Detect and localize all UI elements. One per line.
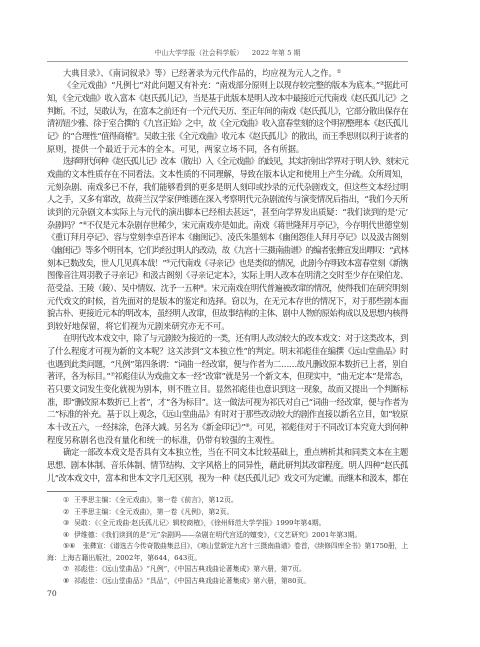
- body-line: 杂剧吗？”④不仅是元本杂剧存世稀少，宋元南戏亦是如此。南戏《蒋世隆拜月亭记》，今…: [47, 219, 408, 232]
- article-body: 大典目录》、《南词叙录》等）已经著录为元代作品的，均应视为元人之作。① 《全元戏…: [47, 67, 408, 485]
- journal-page: 中山大学学报（社会科学版）2022 年第 5 期 大典目录》、《南词叙录》等）已…: [0, 0, 480, 647]
- footnote-number: ⑦: [63, 564, 69, 576]
- footnote-text: 伊维德：《我们读到的是“元”杂剧吗——杂剧在明代宫廷的嬗变》，《文艺研究》200…: [74, 530, 408, 542]
- footnote-number: ③: [63, 518, 69, 530]
- paragraph: 选择明代何种《赵氏孤儿记》改本（散出）入《全元戏曲》的歧见，其实折射出学界对于明…: [47, 155, 408, 332]
- paragraph: 确定一部改本戏文是否具有文本独立性，当在不同文本比较基础上，重点辨析其和同类文本…: [47, 446, 408, 484]
- journal-title: 中山大学学报（社会科学版）: [155, 49, 243, 57]
- paragraph: 在明代改本戏文中，除了与元剧较为接近的一类，还有明人改动较大的改本戏文：对于这类…: [47, 332, 408, 446]
- body-line: 记》的“合理性”值得商榷③。吴敢主张《全元戏曲》收元本《赵氏孤儿》的散出，而王季…: [47, 130, 408, 143]
- body-line: 大典目录》、《南词叙录》等）已经著录为元代作品的，均应视为元人之作。①: [63, 67, 408, 80]
- footnote-text: 吴敢：《〈全元戏曲·赵氏孤儿记〉辑校商榷》，《徐州师范大学学报》1999年第4期…: [74, 518, 408, 530]
- footnote-number: ②: [63, 507, 69, 519]
- body-line: 程度另称剧名也没有量化和统一的标准，仍带有较强的主观性。: [47, 434, 408, 447]
- body-line: 原则，提供一个最近于元本的全本。可见，两家立场不同，各有所据。: [47, 143, 408, 156]
- footnote-ref: ⑤: [166, 259, 170, 264]
- header-rule: [47, 61, 408, 62]
- body-line: 读到的元杂剧文本实际上与元代的演出脚本已经相去甚远”，甚至向学界发出质疑：“我们…: [47, 206, 408, 219]
- paragraph: 《全元戏曲》“凡例七”对此问题又有补充：“南戏部分原则上以现存较完整的版本为底本…: [47, 79, 408, 155]
- body-line: 若只要文词发生变化就视为别本，则不胜立目。显然祁彪佳也意识到这一现象，故而又提出…: [47, 383, 408, 396]
- footnote-ref: ④: [83, 221, 87, 226]
- footnote-item: ④ 伊维德：《我们读到的是“元”杂剧吗——杂剧在明代宫廷的嬗变》，《文艺研究》2…: [47, 530, 408, 542]
- body-line: 确定一部改本戏文是否具有文本独立性，当在不同文本比较基础上，重点辨析其和同类文本…: [63, 446, 408, 459]
- footnote-separator: [47, 491, 137, 492]
- body-line: 貌古朴、更接近元本的明改本，虽经明人改窜，但故事结构的主体、剧中人物的原始构成以…: [47, 307, 408, 320]
- footnote-text: 祁彪佳：《远山堂曲品》“具品”，《中国古典戏曲论著集成》第六册，第80页。: [74, 576, 408, 588]
- body-line: 知，《全元戏曲》收入富本《赵氏孤儿记》，当是基于此版本是明人改本中最接近元代南戏…: [47, 92, 408, 105]
- body-line: 图像音注周羽教子寻亲记》和汲古阁刻《寻亲记定本》，实际上明人改本在明清之交时至少…: [47, 269, 408, 282]
- page-number: 70: [47, 589, 57, 599]
- body-line: 准，即“删改原本数折已上者”，才“各为标目”。这一做法可视为祁氏对自己“词曲一经…: [47, 396, 408, 409]
- footnote-text: 祁彪佳：《远山堂曲品》“凡例”，《中国古典戏曲论著集成》第六册，第7页。: [74, 564, 408, 576]
- footnote-item: ② 王季思主编：《全元戏曲》，第一卷《凡例》，第2页。: [47, 507, 408, 519]
- footnote-text: 张彝宣：《谱选古今传奇散曲集总目》，《寒山堂新定九宫十三摄南曲谱》卷首，《续修四…: [83, 541, 408, 553]
- footnote-number: ④: [63, 530, 69, 542]
- issue-label: 2022 年第 5 期: [252, 49, 301, 57]
- body-line: 儿”改本戏文中，富本和世本文字几无区别，视为一种《赵氏孤儿记》戏文可为定谳。而继…: [47, 472, 408, 485]
- footnote-item: ⑤⑥ 张彝宣：《谱选古今传奇散曲集总目》，《寒山堂新定九宫十三摄南曲谱》卷首，《…: [47, 541, 408, 564]
- footnote-item: ① 王季思主编：《全元戏曲》，第一卷《前言》，第12页。: [47, 495, 408, 507]
- body-line: 范受益、王陵（錂）、吴中情奴、沈予一五种⑥。宋元南戏在明代普遍被改窜的情况，使得…: [47, 282, 408, 295]
- paragraph: 大典目录》、《南词叙录》等）已经著录为元代作品的，均应视为元人之作。①: [47, 67, 408, 80]
- body-line: 也遇到此类问题，“凡例”第四条谓：“词曲一经改窜，便与作者为二……故凡删改原本数…: [47, 358, 408, 371]
- footnote-ref: ③: [132, 133, 136, 138]
- body-line: 刻本已数改矣，世人几见真本哉！”⑤元代南戏《寻亲记》也是类似的情况，此剧今存明改…: [47, 257, 408, 270]
- body-line: 判断。不过，吴敢认为，在富本之前还有一个元代天历、至正年间的南戏《赵氏孤儿》，它…: [47, 105, 408, 118]
- footnote-item: ⑦ 祁彪佳：《远山堂曲品》“凡例”，《中国古典戏曲论著集成》第六册，第7页。: [47, 564, 408, 576]
- body-line: 清初钮少雅、徐于室合撰的《九宫正始》之中，故《全元戏曲》收入富春堂刻的这个明初整…: [47, 117, 408, 130]
- footnote-text: 王季思主编：《全元戏曲》，第一卷《凡例》，第2页。: [74, 507, 408, 519]
- footnote-number: ⑤⑥: [63, 541, 75, 553]
- footnote-text: 王季思主编：《全元戏曲》，第一卷《前言》，第12页。: [74, 495, 408, 507]
- body-line: 著评，各为标目。”⑦祁彪佳认为戏曲文本一经“改窜”就是另一个新文本，但现实中，“…: [47, 370, 408, 383]
- body-line: 思想、剧本体制、音乐体制、情节结构、文字风格上的同异性，藉此研判其改窜程度。明人…: [47, 459, 408, 472]
- footnotes: ① 王季思主编：《全元戏曲》，第一卷《前言》，第12页。 ② 王季思主编：《全元…: [47, 495, 408, 587]
- body-line: 了什么程度才可视为新的文本呢？这关涉到“文本独立性”的判定。明末祁彪佳在编撰《远…: [47, 345, 408, 358]
- footnote-ref: ①: [337, 70, 341, 75]
- footnote-item: ⑧ 祁彪佳：《远山堂曲品》“具品”，《中国古典戏曲论著集成》第六册，第80页。: [47, 576, 408, 588]
- body-line: 元刻杂剧、南戏多已不存，我们能够看到的更多是明人刻印或抄录的元代杂剧戏文，但这些…: [47, 181, 408, 194]
- body-line: 人之手，又多有窜改，故荷兰汉学家伊维德在深入考察明代元杂剧流传与演变情况后指出，…: [47, 193, 408, 206]
- body-line: 在明代改本戏文中，除了与元剧较为接近的一类，还有明人改动较大的改本戏文：对于这类…: [63, 332, 408, 345]
- footnote-ref: ②: [380, 82, 384, 87]
- footnote-number: ⑧: [63, 576, 69, 588]
- footnote-ref: ⑥: [200, 285, 204, 290]
- body-line: 元代戏文的时候，首先面对的是版本的鉴定和选择。窃以为，在无元本存世的情况下，对于…: [47, 295, 408, 308]
- body-line: 选择明代何种《赵氏孤儿记》改本（散出）入《全元戏曲》的歧见，其实折射出学界对于明…: [63, 155, 408, 168]
- body-line: 到较好地保留，将它们视为元剧来研究亦无不可。: [47, 320, 408, 333]
- running-header: 中山大学学报（社会科学版）2022 年第 5 期: [47, 48, 408, 58]
- body-line: 戏曲的文本性质存在不同看法。文本性质的不同理解，导致在版本认定和使用上产生分疏。…: [47, 168, 408, 181]
- body-line: 本十改五六，一经抹涂，色泽大减。另名为《新金印记》”⑧。可见，祁彪佳对于不同改订…: [47, 421, 408, 434]
- footnote-text-continued: 海：上海古籍出版社，2002年，第644，643页。: [47, 553, 408, 565]
- body-line: 《重订拜月亭记》、容与堂刻李卓吾评本《幽闺记》、凌氏朱墨刻本《幽闺怨佳人拜月亭记…: [47, 231, 408, 244]
- footnote-item: ③ 吴敢：《〈全元戏曲·赵氏孤儿记〉辑校商榷》，《徐州师范大学学报》1999年第…: [47, 518, 408, 530]
- footnote-ref: ⑦: [110, 373, 114, 378]
- footnote-number: ①: [63, 495, 69, 507]
- body-line: 《幽闺记》等多个明刊本，它们均经过明人的改动，故《九宫十三摄南曲谱》的编者张彝宣…: [47, 244, 408, 257]
- footnote-ref: ⑧: [245, 424, 249, 429]
- body-line: 二”标准的补充。基于以上观念，《远山堂曲品》有时对于那些改动较大的剧作直接以新名…: [47, 408, 408, 421]
- body-line: 《全元戏曲》“凡例七”对此问题又有补充：“南戏部分原则上以现存较完整的版本为底本…: [63, 79, 408, 92]
